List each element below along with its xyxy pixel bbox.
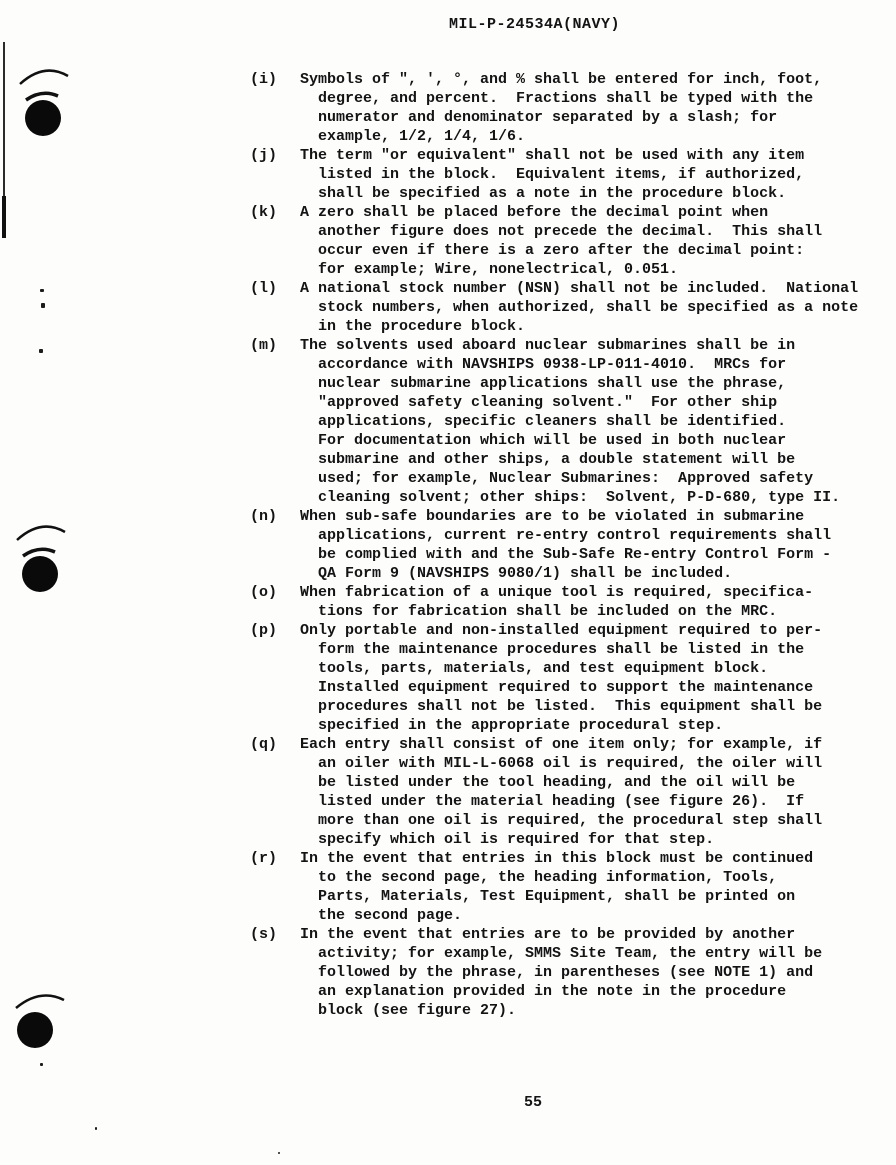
item-label: (o) xyxy=(250,583,300,602)
list-item: (l) A national stock number (NSN) shall … xyxy=(250,279,890,336)
item-label: (k) xyxy=(250,203,300,222)
item-text: Each entry shall consist of one item onl… xyxy=(300,735,890,849)
item-text: When sub-safe boundaries are to be viola… xyxy=(300,507,890,583)
item-text: When fabrication of a unique tool is req… xyxy=(300,583,890,621)
item-text: Only portable and non-installed equipmen… xyxy=(300,621,890,735)
list-item: (i) Symbols of ", ', °, and % shall be e… xyxy=(250,70,890,146)
item-label: (p) xyxy=(250,621,300,640)
scan-speck xyxy=(40,1063,43,1066)
hole-punch xyxy=(0,60,90,150)
scan-speck xyxy=(40,289,44,292)
hole-punch xyxy=(0,516,87,606)
scan-speck xyxy=(41,303,45,308)
item-text: In the event that entries in this block … xyxy=(300,849,890,925)
list-item: (r) In the event that entries in this bl… xyxy=(250,849,890,925)
scan-speck xyxy=(95,1127,97,1130)
item-text: In the event that entries are to be prov… xyxy=(300,925,890,1020)
scan-edge-line-segment xyxy=(2,196,6,238)
list-item: (q) Each entry shall consist of one item… xyxy=(250,735,890,849)
list-item: (o) When fabrication of a unique tool is… xyxy=(250,583,890,621)
item-label: (j) xyxy=(250,146,300,165)
item-label: (n) xyxy=(250,507,300,526)
scan-speck xyxy=(278,1152,280,1154)
list-item: (k) A zero shall be placed before the de… xyxy=(250,203,890,279)
item-text: The solvents used aboard nuclear submari… xyxy=(300,336,890,507)
page-header: MIL-P-24534A(NAVY) xyxy=(449,16,620,33)
list-item: (s) In the event that entries are to be … xyxy=(250,925,890,1020)
item-label: (m) xyxy=(250,336,300,355)
item-label: (r) xyxy=(250,849,300,868)
scan-speck xyxy=(39,349,43,353)
item-text: A national stock number (NSN) shall not … xyxy=(300,279,890,336)
item-text: Symbols of ", ', °, and % shall be enter… xyxy=(300,70,890,146)
list-item: (p) Only portable and non-installed equi… xyxy=(250,621,890,735)
hole-punch xyxy=(0,972,82,1062)
item-text: The term "or equivalent" shall not be us… xyxy=(300,146,890,203)
item-label: (q) xyxy=(250,735,300,754)
item-label: (i) xyxy=(250,70,300,89)
list-item: (n) When sub-safe boundaries are to be v… xyxy=(250,507,890,583)
item-text: A zero shall be placed before the decima… xyxy=(300,203,890,279)
item-label: (l) xyxy=(250,279,300,298)
list-item: (j) The term "or equivalent" shall not b… xyxy=(250,146,890,203)
body-text: (i) Symbols of ", ', °, and % shall be e… xyxy=(250,70,890,1020)
list-item: (m) The solvents used aboard nuclear sub… xyxy=(250,336,890,507)
item-label: (s) xyxy=(250,925,300,944)
page-number: 55 xyxy=(524,1094,542,1111)
document-page: MIL-P-24534A(NAVY) (i) Symbols of ", ', … xyxy=(0,0,896,1165)
